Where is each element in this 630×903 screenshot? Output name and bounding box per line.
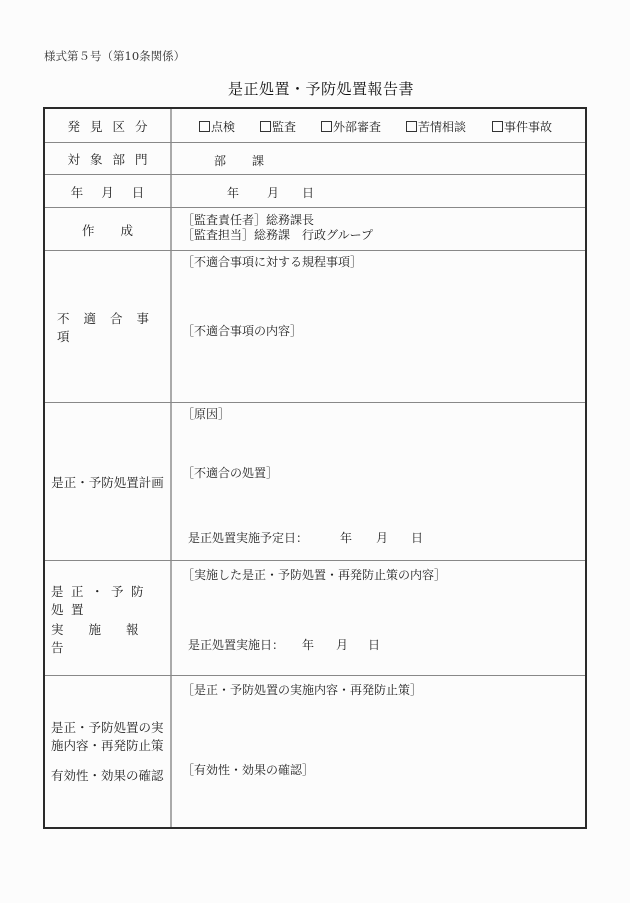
- checkbox-icon[interactable]: [260, 121, 271, 132]
- dept-unit: 部: [214, 152, 226, 169]
- checkbox-icon[interactable]: [199, 121, 210, 132]
- row-author: 作成 ［監査責任者］総務課長 ［監査担当］総務課 行政グループ: [45, 207, 585, 251]
- implementation-year-unit: 年: [302, 636, 314, 653]
- row-nonconformity: 不適合事項 ［不適合事項に対する規程事項］ ［不適合事項の内容］: [45, 250, 585, 403]
- row-target-department: 対象部門 部 課: [45, 142, 585, 175]
- label-line-2: 実施報告: [51, 620, 164, 656]
- checkbox-external-review[interactable]: 外部審査: [321, 118, 381, 135]
- row-corrective-plan: 是正・予防処置計画 ［原因］ ［不適合の処置］ 是正処置実施予定日： 年 月 日: [45, 402, 585, 561]
- checkbox-inspection[interactable]: 点検: [199, 118, 235, 135]
- scheduled-month-unit: 月: [376, 529, 388, 546]
- day-unit: 日: [302, 184, 314, 201]
- checkbox-label: 監査: [272, 120, 296, 134]
- checkbox-icon[interactable]: [406, 121, 417, 132]
- checkbox-label: 点検: [211, 120, 235, 134]
- label-corrective-plan: 是正・予防処置計画: [45, 403, 170, 561]
- label-line-1: 是正・予防処置の実: [51, 719, 164, 737]
- discovery-options: 点検 監査 外部審査 苦情相談 事件事故: [172, 109, 585, 142]
- checkbox-audit[interactable]: 監査: [260, 118, 296, 135]
- implementation-month-unit: 月: [336, 636, 348, 653]
- regulation-heading: ［不適合事項に対する規程事項］: [182, 253, 362, 270]
- label-text: 是正・予防処置: [51, 582, 164, 618]
- report-form-table: 発見区分 点検 監査 外部審査 苦情相談 事件事故 対象部門 部 課 年月日 年…: [43, 107, 587, 829]
- author-field: ［監査責任者］総務課長 ［監査担当］総務課 行政グループ: [172, 208, 585, 251]
- label-nonconformity: 不適合事項: [45, 251, 170, 403]
- label-line-3: 有効性・効果の確認: [51, 767, 164, 785]
- checkbox-icon[interactable]: [492, 121, 503, 132]
- implementation-report-field[interactable]: ［実施した是正・予防処置・再発防止策の内容］ 是正処置実施日： 年 月 日: [172, 561, 585, 676]
- measures-summary-heading: ［是正・予防処置の実施内容・再発防止策］: [182, 681, 422, 698]
- month-unit: 月: [267, 184, 279, 201]
- scheduled-date-label: 是正処置実施予定日：: [188, 529, 308, 546]
- effectiveness-field[interactable]: ［是正・予防処置の実施内容・再発防止策］ ［有効性・効果の確認］: [172, 676, 585, 827]
- cause-heading: ［原因］: [182, 405, 230, 422]
- implemented-measures-heading: ［実施した是正・予防処置・再発防止策の内容］: [182, 566, 446, 583]
- form-reference: 様式第５号（第10条関係）: [44, 48, 185, 64]
- label-implementation-report: 是正・予防処置 実施報告: [45, 561, 170, 676]
- checkbox-label: 事件事故: [504, 120, 552, 134]
- label-text: 実施報告: [51, 620, 164, 656]
- scheduled-year-unit: 年: [340, 529, 352, 546]
- nonconformity-content-heading: ［不適合事項の内容］: [182, 322, 302, 339]
- row-effectiveness-check: 是正・予防処置の実 施内容・再発防止策 有効性・効果の確認 ［是正・予防処置の実…: [45, 675, 585, 827]
- label-line-2: 施内容・再発防止策: [51, 737, 164, 755]
- label-effectiveness-check: 是正・予防処置の実 施内容・再発防止策 有効性・効果の確認: [45, 676, 170, 827]
- row-date: 年月日 年 月 日: [45, 174, 585, 208]
- label-line-1: 是正・予防処置: [51, 582, 164, 618]
- label-date: 年月日: [45, 175, 170, 208]
- effectiveness-heading: ［有効性・効果の確認］: [182, 761, 314, 778]
- nonconformity-action-heading: ［不適合の処置］: [182, 464, 278, 481]
- audit-staff: ［監査担当］総務課 行政グループ: [182, 228, 373, 243]
- section-unit: 課: [252, 152, 264, 169]
- label-discovery-category: 発見区分: [45, 109, 170, 142]
- nonconformity-field[interactable]: ［不適合事項に対する規程事項］ ［不適合事項の内容］: [172, 251, 585, 403]
- row-discovery-category: 発見区分 点検 監査 外部審査 苦情相談 事件事故: [45, 109, 585, 142]
- document-title: 是正処置・予防処置報告書: [0, 78, 630, 99]
- corrective-plan-field[interactable]: ［原因］ ［不適合の処置］ 是正処置実施予定日： 年 月 日: [172, 403, 585, 561]
- label-target-department: 対象部門: [45, 143, 170, 175]
- audit-manager: ［監査責任者］総務課長: [182, 213, 314, 228]
- checkbox-label: 外部審査: [333, 120, 381, 134]
- date-field[interactable]: 年 月 日: [172, 175, 585, 208]
- scheduled-day-unit: 日: [411, 529, 423, 546]
- label-author: 作成: [45, 208, 170, 251]
- checkbox-label: 苦情相談: [418, 120, 466, 134]
- checkbox-icon[interactable]: [321, 121, 332, 132]
- checkbox-incident[interactable]: 事件事故: [492, 118, 552, 135]
- department-field[interactable]: 部 課: [172, 143, 585, 175]
- implementation-day-unit: 日: [368, 636, 380, 653]
- implementation-date-label: 是正処置実施日：: [188, 636, 284, 653]
- row-implementation-report: 是正・予防処置 実施報告 ［実施した是正・予防処置・再発防止策の内容］ 是正処置…: [45, 560, 585, 676]
- year-unit: 年: [227, 184, 239, 201]
- checkbox-complaint[interactable]: 苦情相談: [406, 118, 466, 135]
